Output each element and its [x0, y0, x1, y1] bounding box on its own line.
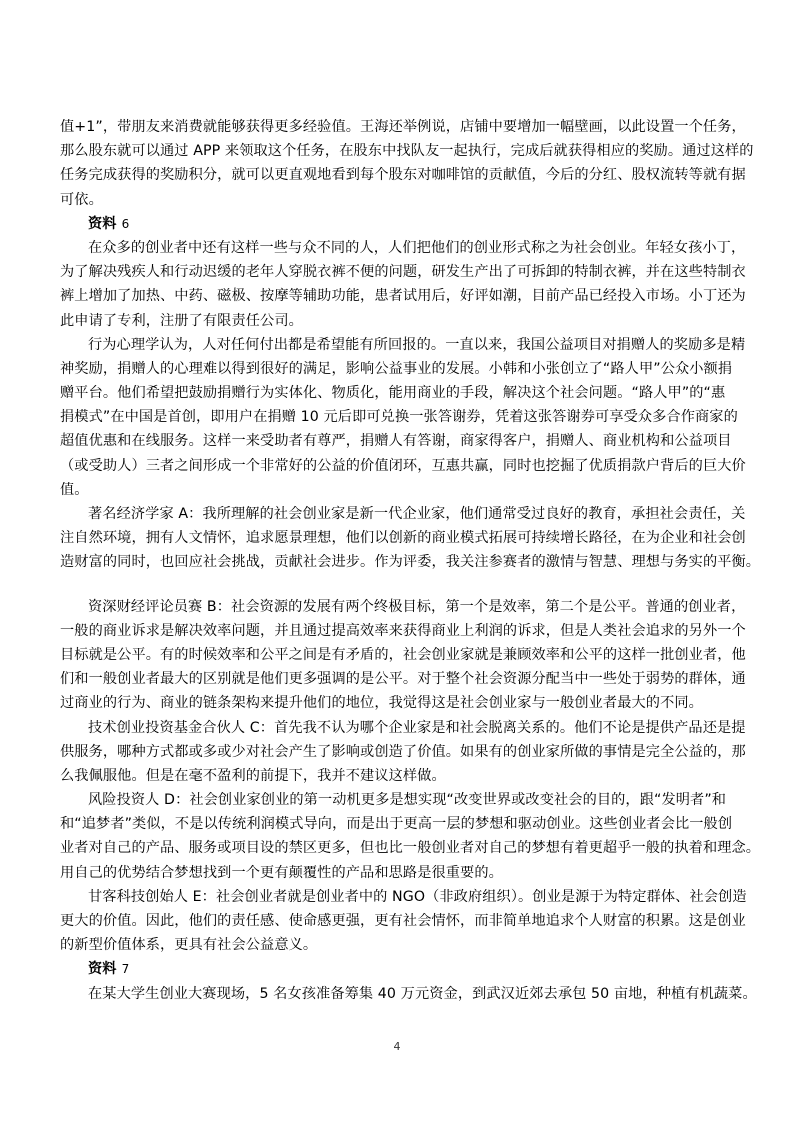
text-line: 任务完成获得的奖励积分，就可以更直观地看到每个股东对咖啡馆的贡献值，今后的分红、… — [60, 163, 740, 187]
text-line: 的新型价值体系，更具有社会公益意义。 — [60, 933, 740, 957]
text-line: 行为心理学认为，人对任何付出都是希望能有所回报的。一直以来，我国公益项目对捐赠人… — [60, 333, 740, 357]
text-line: 过商业的行为、商业的链条架构来提升他们的地位，我觉得这是社会创业家与一般创业者最… — [60, 691, 740, 715]
text-line: 风险投资人 D：社会创业家创业的第一动机更多是想实现“改变世界或改变社会的目的，… — [60, 788, 740, 812]
text-line: 在众多的创业者中还有这样一些与众不同的人，人们把他们的创业形式称之为社会创业。年… — [60, 236, 740, 260]
text-line: 技术创业投资基金合伙人 C：首先我不认为哪个企业家是和社会脱离关系的。他们不论是… — [60, 716, 740, 740]
heading-number: 7 — [122, 962, 130, 976]
text-line: 造财富的同时，也回应社会挑战，贡献社会进步。作为评委，我关注参赛者的激情与智慧、… — [60, 550, 740, 574]
paragraph-partner-c: 技术创业投资基金合伙人 C：首先我不认为哪个企业家是和社会脱离关系的。他们不论是… — [60, 716, 740, 789]
text-line: 资深财经评论员赛 B：社会资源的发展有两个终极目标，第一个是效率，第二个是公平。… — [60, 595, 740, 619]
text-line: 神奖励，捐赠人的心理难以得到很好的满足，影响公益事业的发展。小韩和小张创立了“路… — [60, 357, 740, 381]
text-line: 为了解决残疾人和行动迟缓的老年人穿脱衣裤不便的问题，研发生产出了可拆卸的特制衣裤… — [60, 260, 740, 284]
text-line: 甘客科技创始人 E：社会创业者就是创业者中的 NGO（非政府组织）。创业是源于为… — [60, 885, 740, 909]
text-line: 们和一般创业者最大的区别就是他们更多强调的是公平。对于整个社会资源分配当中一些处… — [60, 667, 740, 691]
heading-number: 6 — [122, 217, 130, 231]
text-line: 目标就是公平。有的时候效率和公平之间是有矛盾的，社会创业家就是兼顾效率和公平的这… — [60, 643, 740, 667]
text-line: 值。 — [60, 478, 740, 502]
text-line: 可依。 — [60, 188, 740, 212]
text-line: 注自然环境，拥有人文情怀，追求愿景理想，他们以创新的商业模式拓展可持续增长路径，… — [60, 526, 740, 550]
section-heading-material-6: 资料 6 — [60, 212, 740, 236]
paragraph-economist-a: 著名经济学家 A：我所理解的社会创业家是新一代企业家，他们通常受过良好的教育，承… — [60, 502, 740, 575]
text-line: 那么股东就可以通过 APP 来领取这个任务，在股东中找队友一起执行，完成后就获得… — [60, 139, 740, 163]
text-line: 捐模式”在中国是首创，即用户在捐赠 10 元后即可兑换一张答谢券，凭着这张答谢券… — [60, 405, 740, 429]
blank-gap — [60, 575, 740, 595]
paragraph-investor-d: 风险投资人 D：社会创业家创业的第一动机更多是想实现“改变世界或改变社会的目的，… — [60, 788, 740, 885]
text-line: （或受助人）三者之间形成一个非常好的公益的价值闭环，互惠共赢，同时也挖掘了优质捐… — [60, 454, 740, 478]
paragraph-startup-contest: 在某大学生创业大赛现场，5 名女孩准备筹集 40 万元资金，到武汉近郊去承包 5… — [60, 982, 740, 1006]
text-line: 此申请了专利，注册了有限责任公司。 — [60, 309, 740, 333]
paragraph-continuation: 值+1”，带朋友来消费就能够获得更多经验值。王海还举例说，店铺中要增加一幅壁画，… — [60, 115, 740, 212]
paragraph-social-entrepreneurship-intro: 在众多的创业者中还有这样一些与众不同的人，人们把他们的创业形式称之为社会创业。年… — [60, 236, 740, 333]
text-line: 裤上增加了加热、中药、磁极、按摩等辅助功能，患者试用后，好评如潮，目前产品已经投… — [60, 284, 740, 308]
text-line: 一般的商业诉求是解决效率问题，并且通过提高效率来获得商业上利润的诉求，但是人类社… — [60, 619, 740, 643]
document-body: 值+1”，带朋友来消费就能够获得更多经验值。王海还举例说，店铺中要增加一幅壁画，… — [60, 115, 740, 1006]
text-line: 超值优惠和在线服务。这样一来受助者有尊严，捐赠人有答谢，商家得客户，捐赠人、商业… — [60, 429, 740, 453]
paragraph-lurenjia-platform: 行为心理学认为，人对任何付出都是希望能有所回报的。一直以来，我国公益项目对捐赠人… — [60, 333, 740, 502]
text-line: 著名经济学家 A：我所理解的社会创业家是新一代企业家，他们通常受过良好的教育，承… — [60, 502, 740, 526]
text-line: 在某大学生创业大赛现场，5 名女孩准备筹集 40 万元资金，到武汉近郊去承包 5… — [60, 982, 740, 1006]
section-heading-material-7: 资料 7 — [60, 957, 740, 981]
text-line: 用自己的优势结合梦想找到一个更有颠覆性的产品和思路是很重要的。 — [60, 861, 740, 885]
text-line: 和“追梦者”类似，不是以传统利润模式导向，而是出于更高一层的梦想和驱动创业。这些… — [60, 812, 740, 836]
page-number: 4 — [0, 1040, 794, 1053]
heading-label: 资料 — [88, 961, 117, 977]
text-line: 么我佩服他。但是在毫不盈利的前提下，我并不建议这样做。 — [60, 764, 740, 788]
heading-label: 资料 — [88, 216, 117, 232]
text-line: 供服务，哪种方式都或多或少对社会产生了影响或创造了价值。如果有的创业家所做的事情… — [60, 740, 740, 764]
text-line: 赠平台。他们希望把鼓励捐赠行为实体化、物质化，能用商业的手段，解决这个社会问题。… — [60, 381, 740, 405]
text-line: 更大的价值。因此，他们的责任感、使命感更强，更有社会情怀，而非简单地追求个人财富… — [60, 909, 740, 933]
text-line: 业者对自己的产品、服务或项目设的禁区更多，但也比一般创业者对自己的梦想有着更超乎… — [60, 836, 740, 860]
paragraph-commentator-b: 资深财经评论员赛 B：社会资源的发展有两个终极目标，第一个是效率，第二个是公平。… — [60, 595, 740, 716]
paragraph-founder-e: 甘客科技创始人 E：社会创业者就是创业者中的 NGO（非政府组织）。创业是源于为… — [60, 885, 740, 958]
text-line: 值+1”，带朋友来消费就能够获得更多经验值。王海还举例说，店铺中要增加一幅壁画，… — [60, 115, 740, 139]
